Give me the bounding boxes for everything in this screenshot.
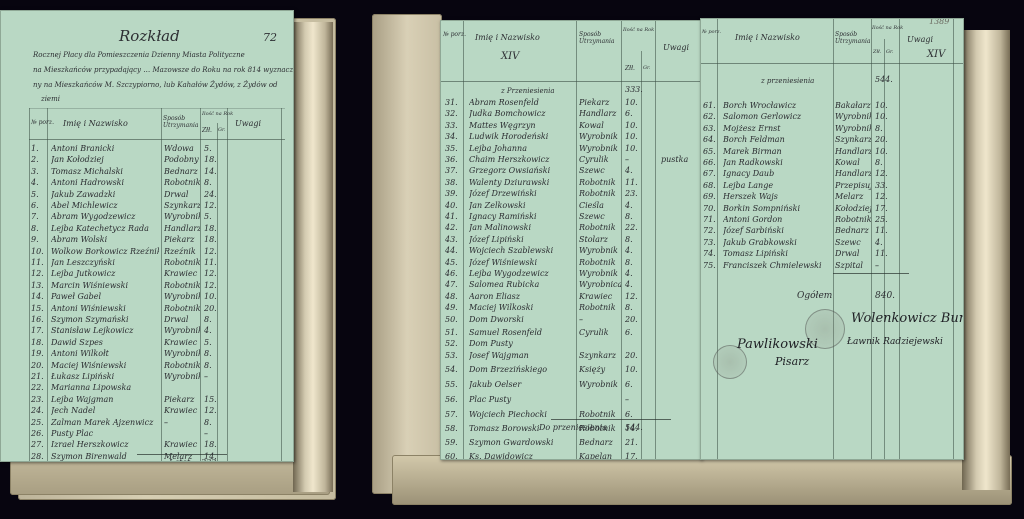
corner-number: 1389: [929, 18, 949, 26]
header-name: Imię i Nazwisko: [735, 33, 800, 42]
table-row: 12.Lejba JutkowiczKrawiec12.: [1, 269, 293, 280]
remarks-note: XIV: [927, 49, 945, 60]
table-row: 31.Abram RosenfeldPiekarz10.: [441, 98, 701, 109]
table-row: 2.Jan KołodziejPodobny18.: [1, 155, 293, 166]
table-row: 33.Mattes WęgrzynKowal10.: [441, 121, 701, 132]
table-row: 9.Abram WolskiPiekarz18.: [1, 235, 293, 246]
table-row: 32.Judka BomchowiczHandlarz6.: [441, 109, 701, 120]
table-row: 3.Tomasz MichalskiBednarz14.: [1, 167, 293, 178]
carry-forward-label: z Przeniesienia: [501, 87, 555, 95]
table-row: 61.Borch WrocławiczBakałarz10.: [701, 101, 963, 112]
table-row: 39.Józef DrzewińskiRobotnik23.: [441, 189, 701, 200]
table-row: 54.Dom BrzezińskiegoKsięży10.: [441, 365, 701, 376]
table-row: 4.Antoni HadrowskiRobotnik8.: [1, 178, 293, 189]
table-row: 71.Antoni GordonRobotnik25.: [701, 215, 963, 226]
header-occupation: Sposób Utrzymania: [579, 31, 619, 45]
grand-total-value: 840.: [875, 291, 895, 301]
header-remarks: Uwagi: [907, 35, 933, 44]
header-number: № porz.: [31, 119, 54, 126]
middle-total-value: 544.: [625, 423, 643, 432]
header-tax-zl: Złł.: [625, 65, 635, 72]
table-row: 11.Jan LeszczyńskiRobotnik11.: [1, 258, 293, 269]
table-row: 67.Ignacy DaubHandlarz12.: [701, 169, 963, 180]
intro-line-4: ziemi: [41, 95, 60, 103]
left-page: Rozkład 72 Rocznej Płacy dla Pomieszczen…: [0, 10, 294, 462]
table-row: 63.Mojżesz ErnstWyrobnik8.: [701, 124, 963, 135]
table-row: 42.Jan MalinowskiRobotnik22.: [441, 223, 701, 234]
table-row: 55.Jakub OelserWyrobnik6.: [441, 380, 701, 391]
right-book-stack-left: [372, 14, 442, 494]
header-occupation: Sposób Utrzymania: [163, 115, 199, 129]
table-row: 41.Ignacy RamińskiSzewc8.: [441, 212, 701, 223]
table-row: 14.Paweł GabelWyrobnik10.: [1, 292, 293, 303]
table-row: 59.Szymon GwardowskiBednarz21.: [441, 438, 701, 449]
table-row: 25.Zalman Marek Ajzenwicz–8.: [1, 418, 293, 429]
table-row: 22.Marianna Lipowska: [1, 383, 293, 394]
table-row: 75.Franciszek ChmielewskiSzpital–: [701, 261, 963, 272]
table-row: 72.Józef SarbińskiBednarz11.: [701, 226, 963, 237]
carry-forward-value: 333.: [625, 85, 643, 94]
table-row: 17.Stanisław LejkowiczWyrobnik4.: [1, 326, 293, 337]
table-row: 74.Tomasz LipińskiDrwal11.: [701, 249, 963, 260]
table-row: 47.Salomea RubickaWyrobnica4.: [441, 280, 701, 291]
table-row: 26.Pusty Plac–: [1, 429, 293, 440]
table-row: 37.Grzegorz OwsiańskiSzewc4.: [441, 166, 701, 177]
table-row: 20.Maciej WiśniewskiRobotnik8.: [1, 361, 293, 372]
middle-page: № porz. Imię i Nazwisko XIV Sposób Utrzy…: [440, 20, 702, 460]
carry-forward-label: z przeniesienia: [761, 77, 814, 85]
table-row: 15.Antoni WiśniewskiRobotnik20.: [1, 304, 293, 315]
table-row: 13.Marcin WiśniewskiRobotnik12.: [1, 281, 293, 292]
table-row: 64.Borch FeldmanSzynkarz20.: [701, 135, 963, 146]
right-book-stack-bottom: [392, 455, 1012, 505]
table-row: 56.Plac Pusty–: [441, 395, 701, 406]
table-row: 1.Antoni BranickiWdowa5.: [1, 144, 293, 155]
table-row: 38.Walenty DziurawskiRobotnik11.: [441, 178, 701, 189]
table-row: 18.Dawid SzpesKrawiec5.: [1, 338, 293, 349]
header-number: № porz.: [702, 29, 721, 35]
left-book-edge: [293, 22, 333, 492]
table-row: 49.Maciej WilkoskiRobotnik8.: [441, 303, 701, 314]
table-row: 66.Jan RadkowskiKowal8.: [701, 158, 963, 169]
table-row: 10.Wolkow Borkowicz RzeźnikRzeźnik12.: [1, 247, 293, 258]
table-row: 48.Aaron EliaszKrawiec12.: [441, 292, 701, 303]
table-row: 8.Lejba Katechetycz RadaHandlarz18.: [1, 224, 293, 235]
name-note: XIV: [501, 51, 519, 62]
table-row: 43.Józef LipińskiStolarz8.: [441, 235, 701, 246]
table-row: 19.Antoni WilkołtWyrobnik8.: [1, 349, 293, 360]
header-name: Imię i Nazwisko: [475, 33, 540, 42]
left-total-label: Latet: [169, 458, 190, 462]
table-row: 45.Józef WiśniewskiRobotnik8.: [441, 258, 701, 269]
carry-forward-value: 544.: [875, 75, 893, 84]
signature-clerk: Pisarz: [775, 355, 809, 368]
table-row: 35.Lejba JohannaWyrobnik10.: [441, 144, 701, 155]
table-row: 23.Lejba WajgmanPiekarz15.: [1, 395, 293, 406]
intro-line-3: ny na Mieszkańców M. Szczypiorno, lub Ka…: [33, 81, 278, 89]
grand-total-label: Ogółem: [797, 291, 832, 301]
signature-alderman: Ławnik Radziejewski: [847, 337, 943, 347]
header-tax-gr: Gr.: [218, 127, 225, 133]
table-row: 73.Jakub GrabkowskiSzewc4.: [701, 238, 963, 249]
table-row: 34.Ludwik HorodeńskiWyrobnik10.: [441, 132, 701, 143]
table-row: 40.Jan ŻelkowskiCieśla4.: [441, 201, 701, 212]
document-title: Rozkład: [119, 27, 180, 45]
table-row: 21.Łukasz LipińskiWyrobnik–: [1, 372, 293, 383]
signature-mayor: Wolenkowicz Bur.: [851, 311, 964, 326]
table-row: 46.Lejba WygodzewiczWyrobnik4.: [441, 269, 701, 280]
table-row: 44.Wojciech SzablewskiWyrobnik4.: [441, 246, 701, 257]
table-row: 65.Marek BirmanHandlarz10.: [701, 147, 963, 158]
header-remarks: Uwagi: [663, 43, 689, 52]
header-tax-zl: Złł.: [873, 49, 881, 55]
header-tax-group: Ilość na Rok: [872, 25, 903, 31]
header-name: Imię i Nazwisko: [63, 119, 128, 128]
table-row: 52.Dom Pusty: [441, 339, 701, 350]
header-tax-group: Ilość na Rok: [202, 111, 233, 117]
table-row: 6.Abel MichlewiczSzynkarz12.: [1, 201, 293, 212]
header-tax-group: Ilość na Rok: [623, 27, 654, 33]
right-page: 1389 № porz. Imię i Nazwisko Sposób Utrz…: [700, 18, 964, 460]
folio-number: 72: [263, 31, 277, 44]
header-tax-gr: Gr.: [886, 49, 893, 55]
middle-total-label: Do przeniesienia: [539, 423, 607, 432]
table-row: 36.Chaim HerszkowiczCyrulik–pustka: [441, 155, 701, 166]
header-number: № porz.: [443, 31, 466, 38]
header-remarks: Uwagi: [235, 119, 261, 128]
table-row: 24.Jech NadelKrawiec12.: [1, 406, 293, 417]
table-row: 69.Herszek WajsMelarz12.: [701, 192, 963, 203]
table-row: 5.Jakub ZawadzkiDrwal24.: [1, 190, 293, 201]
table-row: 51.Samuel RosenfeldCyrulik6.: [441, 328, 701, 339]
intro-line-2: na Mieszkańców przypadający … Mazowsze d…: [33, 66, 294, 74]
table-row: 70.Borkin SompnińskiKołodziej17.: [701, 204, 963, 215]
table-row: 7.Abram WygodzewiczWyrobnik5.: [1, 212, 293, 223]
table-row: 68.Lejba LangePrzepisujący33.: [701, 181, 963, 192]
table-row: 16.Szymon SzymańskiDrwal8.: [1, 315, 293, 326]
intro-line-1: Rocznej Płacy dla Pomieszczenia Dzienny …: [33, 51, 245, 59]
header-tax-gr: Gr.: [643, 65, 650, 71]
table-row: 62.Salomon GerlowiczWyrobnik10.: [701, 112, 963, 123]
left-total-value: 333.: [201, 458, 219, 462]
header-occupation: Sposób Utrzymania: [835, 31, 871, 45]
table-row: 27.Izrael HerszkowiczKrawiec18.: [1, 440, 293, 451]
header-tax-zl: Złł.: [202, 127, 212, 134]
table-row: 53.Josef WajgmanSzynkarz20.: [441, 351, 701, 362]
signature-pawlikowski: Pawlikowski: [737, 337, 818, 352]
table-row: 50.Dom Dworski–20.: [441, 315, 701, 326]
right-book-edge: [962, 30, 1010, 490]
table-row: 60.Ks. DawidowiczKapelan17.: [441, 452, 701, 460]
